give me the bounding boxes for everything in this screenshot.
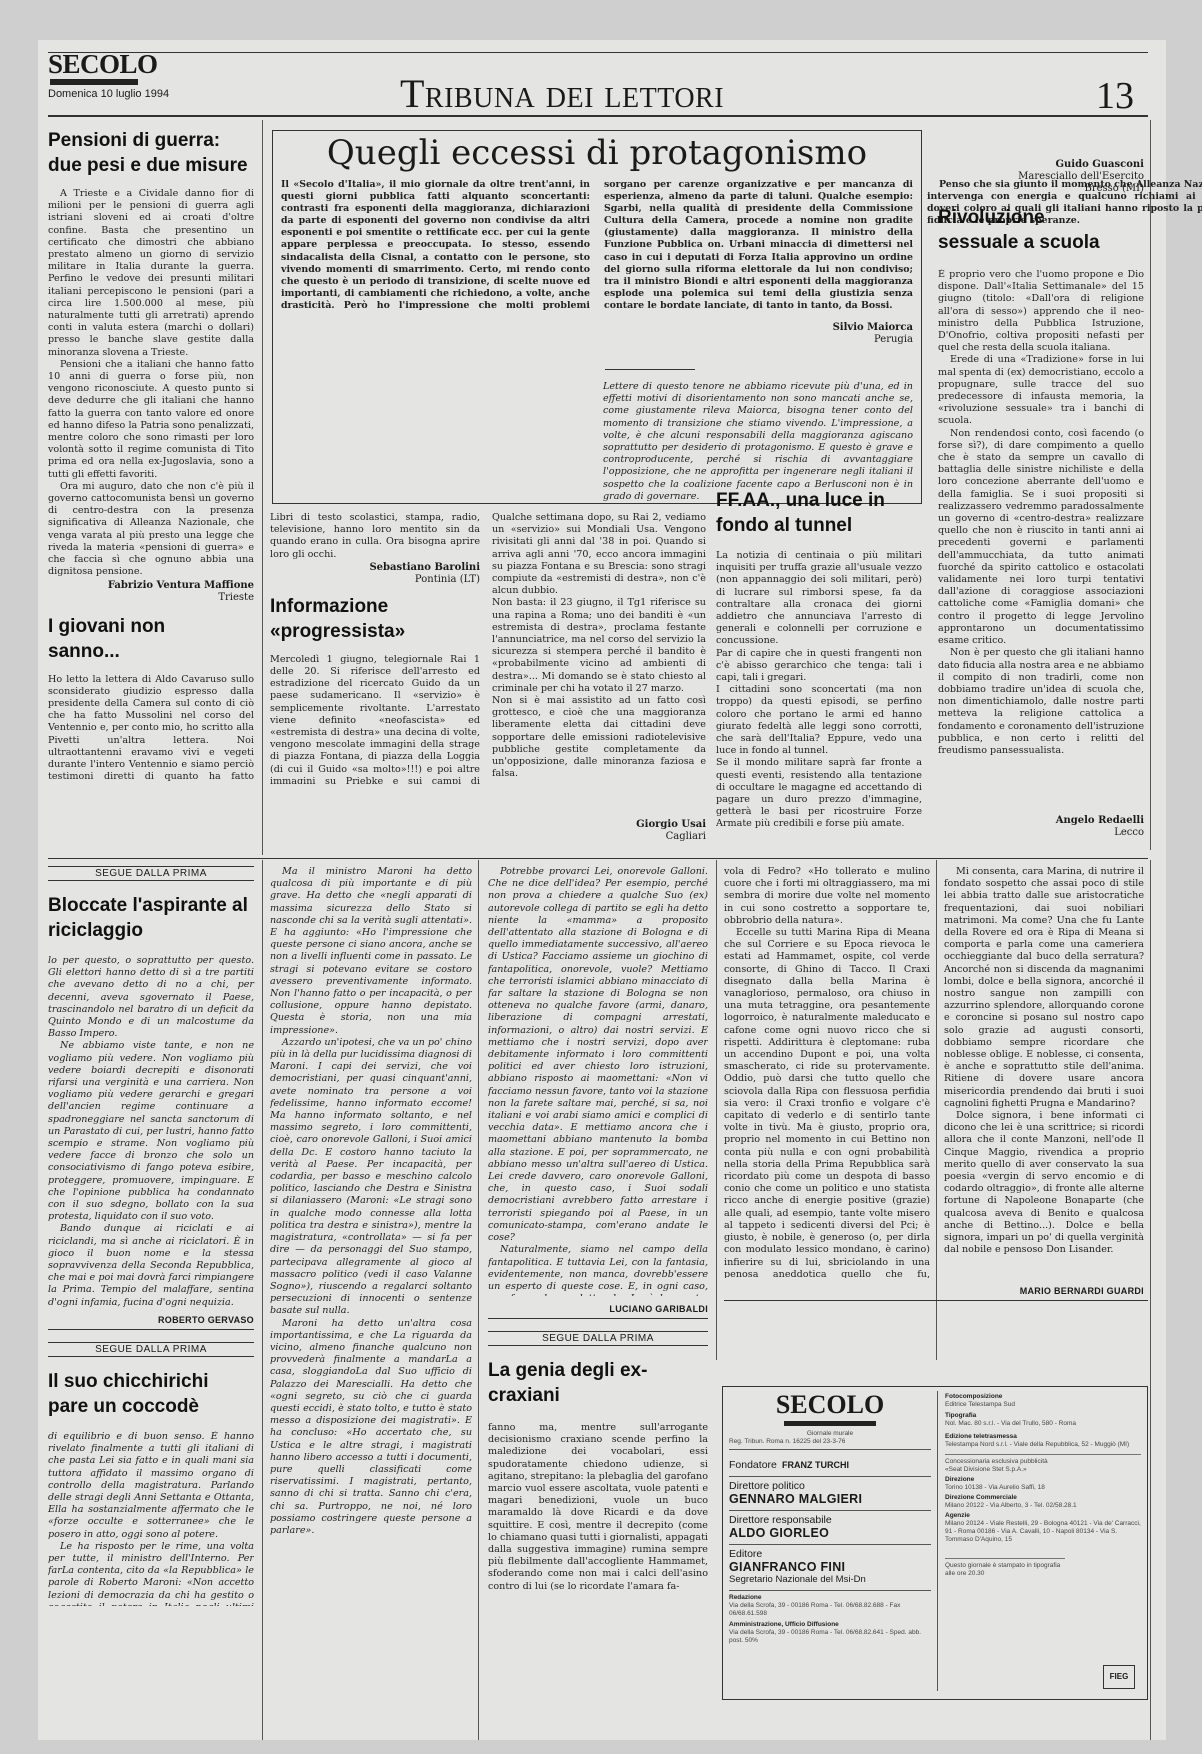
article-ffaa-signoff: Guido Guasconi Maresciallo dell'Esercito…	[938, 132, 1144, 839]
imprint-entry: AgenzieMilano 20124 - Viale Restelli, 29…	[945, 1512, 1141, 1544]
column-divider	[478, 860, 479, 1740]
article-body: Qualche settimana dopo, su Rai 2, vediam…	[492, 512, 706, 812]
column-divider	[716, 860, 717, 1360]
founder-row: Fondatore FRANZ TURCHI	[729, 1449, 931, 1472]
label: Direzione	[945, 1476, 974, 1483]
paragraph: Non basta: il 23 giugno, il Tg1 riferisc…	[492, 597, 706, 695]
author: MARIO BERNARDI GUARDI	[944, 1286, 1144, 1296]
publisher: Editore GIANFRANCO FINI Segretario Nazio…	[729, 1544, 931, 1586]
label: Tipografia	[945, 1412, 976, 1419]
logo-bar	[50, 79, 138, 85]
paragraph: Ma il ministro Maroni ha detto qualcosa …	[270, 866, 472, 1037]
label: Fotocomposizione	[945, 1393, 1002, 1400]
author: ROBERTO GERVASO	[48, 1315, 254, 1325]
column-divider	[1150, 860, 1151, 1740]
author-place: Bresso (MI)	[938, 183, 1144, 195]
kicker: SEGUE DALLA PRIMA	[48, 866, 254, 881]
column-divider	[262, 120, 263, 855]
article-ffaa: FF.AA., una luce in fondo al tunnel La n…	[716, 488, 922, 850]
label: Agenzie	[945, 1512, 970, 1519]
paragraph: Qualche settimana dopo, su Rai 2, vediam…	[492, 512, 706, 597]
paragraph: di equilibrio e di buon senso. È hanno r…	[48, 1431, 254, 1541]
print-note: Questo giornale è stampato in tipografia…	[945, 1558, 1065, 1578]
headline: I giovani non sanno...	[48, 614, 178, 664]
paragraph: Azzardo un'ipotesi, che va un po' chino …	[270, 1037, 472, 1318]
article-body: Potrebbe provarci Lei, onorevole Galloni…	[488, 866, 708, 1296]
paragraph: La notizia di centinaia o più militari i…	[716, 550, 922, 648]
article-pensioni: Pensioni di guerra: due pesi e due misur…	[48, 128, 254, 784]
responsible-director: Direttore responsabile ALDO GIORLEO	[729, 1510, 931, 1540]
article-body: fanno ma, mentre sull'arrogante decision…	[488, 1422, 708, 1627]
paragraph: Par di capire che in questi frangenti no…	[716, 648, 922, 685]
headline: Quegli eccessi di protagonismo	[273, 133, 921, 173]
paragraph: Pensioni che a italiani che hanno fatto …	[48, 359, 254, 481]
paragraph: Naturalmente, siamo nel campo della fant…	[488, 1244, 708, 1296]
separator	[605, 369, 695, 370]
imprint-entry: Concessionaria esclusiva pubblicità«Seat…	[945, 1454, 1141, 1474]
imprint-entry: FotocomposizioneEditrice Telestampa Sud	[945, 1393, 1141, 1409]
article-body: Mi consenta, cara Marina, di nutrire il …	[944, 866, 1144, 1278]
text: Telestampa Nord s.r.l. - Viale della Rep…	[945, 1441, 1129, 1448]
label: Edizione teletrasmessa	[945, 1433, 1017, 1440]
imprint-subtitle: Giornale murale	[729, 1430, 931, 1438]
author: Silvio Maiorca	[603, 321, 913, 334]
text: Via della Scrofa, 39 - 00186 Roma - Tel.…	[729, 1602, 900, 1617]
article-marina-col2: Mi consenta, cara Marina, di nutrire il …	[944, 866, 1144, 1296]
author-place: Lecco	[938, 827, 1144, 839]
text: Milano 20122 - Via Alberto, 3 - Tel. 02/…	[945, 1502, 1077, 1509]
paragraph: Dolce signora, i bene informati ci dicon…	[944, 1110, 1144, 1256]
paragraph: Eccelle su tutti Marina Ripa di Meana ch…	[724, 927, 930, 1278]
section-rule	[48, 858, 1148, 859]
imprint-right: FotocomposizioneEditrice Telestampa Sud …	[945, 1393, 1141, 1578]
page-number: 13	[1096, 76, 1134, 116]
author-place: Cagliari	[492, 831, 706, 843]
label: Direttore responsabile	[729, 1514, 931, 1526]
article-body: lo per questo, o soprattutto per questo.…	[48, 955, 254, 1309]
paragraph: Le ha risposto per le rime, una volta pe…	[48, 1541, 254, 1606]
founder-label: Fondatore	[729, 1459, 777, 1471]
paragraph: fanno ma, mentre sull'arrogante decision…	[488, 1422, 708, 1593]
paragraph: Libri di testo scolastici, stampa, radio…	[270, 512, 480, 561]
paragraph: Non rendendosi conto, così facendo (o fo…	[938, 428, 1144, 648]
masthead-logo: SECOLO	[48, 50, 158, 78]
paragraph: Maroni ha detto un'altra cosa importanti…	[270, 1318, 472, 1538]
text: Nol. Mac. 80 s.r.l. - Via del Trullo, 58…	[945, 1420, 1076, 1427]
headline: La genia degli ex-craxiani	[488, 1358, 658, 1408]
top-rule	[48, 52, 1148, 53]
author-place: Perugia	[603, 334, 913, 346]
article-marina-col1: vola di Fedro? «Ho tollerato e mulino cu…	[724, 866, 930, 1278]
section-title: Tribuna dei lettori	[400, 72, 724, 116]
column-divider	[936, 860, 937, 1360]
separator	[48, 1329, 254, 1330]
name: GENNARO MALGIERI	[729, 1492, 931, 1506]
role: Segretario Nazionale del Msi-Dn	[729, 1574, 931, 1586]
imprint-entry: Edizione teletrasmessaTelestampa Nord s.…	[945, 1433, 1141, 1449]
article-informazione-cont: Qualche settimana dopo, su Rai 2, vediam…	[492, 512, 706, 843]
column-divider	[1150, 120, 1151, 850]
article-body: Mercoledì 1 giugno, telegiornale Rai 1 d…	[270, 654, 480, 784]
label: Direttore politico	[729, 1480, 931, 1492]
name: GIANFRANCO FINI	[729, 1560, 931, 1574]
fieg-badge-icon: FIEG	[1103, 1665, 1135, 1689]
paragraph: vola di Fedro? «Ho tollerato e mulino cu…	[724, 866, 930, 927]
imprint-entry: DirezioneTorino 10138 - Via Aurelio Saff…	[945, 1476, 1141, 1492]
paragraph: Se il mondo militare saprà far fronte a …	[716, 757, 922, 830]
paragraph: È proprio vero che l'uomo propone e Dio …	[938, 269, 1144, 354]
imprint-box: SECOLO Giornale murale Reg. Tribun. Roma…	[722, 1386, 1148, 1700]
paragraph: Ora mi auguro, dato che non c'è più il g…	[48, 481, 254, 579]
paragraph: Bando dunque ai riciclati e ai ricicland…	[48, 1223, 254, 1308]
article-body: di equilibrio e di buon senso. È hanno r…	[48, 1431, 254, 1606]
paragraph: I cittadini sono sconcertati (ma non tro…	[716, 684, 922, 757]
paragraph: Non è per questo che gli italiani hanno …	[938, 647, 1144, 757]
article-body: È proprio vero che l'uomo propone e Dio …	[938, 269, 1144, 814]
article-bloccate: SEGUE DALLA PRIMA Bloccate l'aspirante a…	[48, 866, 254, 1606]
headline: FF.AA., una luce in fondo al tunnel	[716, 488, 896, 538]
article-body: vola di Fedro? «Ho tollerato e mulino cu…	[724, 866, 930, 1278]
author: Guido Guasconi	[938, 158, 1144, 171]
label: Amministrazione, Ufficio Diffusione	[729, 1621, 839, 1628]
article-body: A Trieste e a Cividale danno fior di mil…	[48, 188, 254, 579]
redazione: Redazione Via della Scrofa, 39 - 00186 R…	[729, 1590, 931, 1618]
headline: Rivoluzione sessuale a scuola	[938, 205, 1108, 255]
headline: Informazione «progressista»	[270, 594, 430, 644]
imprint-entry: TipografiaNol. Mac. 80 s.r.l. - Via del …	[945, 1412, 1141, 1428]
separator	[488, 1318, 708, 1319]
author: Giorgio Usai	[492, 818, 706, 831]
imprint-registration: Reg. Tribun. Roma n. 16225 del 23-3-76	[729, 1438, 931, 1446]
paragraph: Il «Secolo d'Italia», il mio giornale da…	[281, 179, 913, 319]
article-giovani-cont: Libri di testo scolastici, stampa, radio…	[270, 512, 480, 784]
text: Torino 10138 - Via Aurelio Saffi, 18	[945, 1484, 1045, 1491]
author: LUCIANO GARIBALDI	[488, 1304, 708, 1314]
paragraph: Mercoledì 1 giugno, telegiornale Rai 1 d…	[270, 654, 480, 784]
author: Sebastiano Barolini	[270, 561, 480, 574]
text: «Seat Divisione Stet S.p.A.»	[945, 1466, 1027, 1473]
article-chicchirichi-cont2: Potrebbe provarci Lei, onorevole Galloni…	[488, 866, 708, 1627]
headline: Bloccate l'aspirante al riciclaggio	[48, 893, 248, 943]
featured-letter-box: Quegli eccessi di protagonismo Il «Secol…	[272, 130, 922, 504]
author: Angelo Redaelli	[938, 814, 1144, 827]
paragraph: Potrebbe provarci Lei, onorevole Galloni…	[488, 866, 708, 1244]
label: Redazione	[729, 1594, 762, 1601]
text: Via della Scrofa, 39 - 00186 Roma - Tel.…	[729, 1629, 921, 1644]
kicker: SEGUE DALLA PRIMA	[48, 1342, 254, 1357]
name: ALDO GIORLEO	[729, 1526, 931, 1540]
political-director: Direttore politico GENNARO MALGIERI	[729, 1476, 931, 1506]
author: Fabrizio Ventura Maffione	[48, 579, 254, 592]
editorial-reply: Lettere di questo tenore ne abbiamo rice…	[603, 381, 913, 503]
paragraph: Non si è mai assistito ad un fatto così …	[492, 695, 706, 780]
imprint-left: SECOLO Giornale murale Reg. Tribun. Roma…	[729, 1391, 931, 1645]
author-title: Maresciallo dell'Esercito	[938, 171, 1144, 183]
label: Editore	[729, 1548, 931, 1560]
issue-date: Domenica 10 luglio 1994	[48, 88, 169, 100]
logo-bar	[784, 1421, 876, 1426]
headline: Il suo chicchirichi pare un coccodè	[48, 1369, 228, 1419]
author-place: Pontinia (LT)	[270, 574, 480, 586]
article-body: Libri di testo scolastici, stampa, radio…	[270, 512, 480, 561]
article-giovani-body: Ho letto la lettera di Aldo Cavaruso sul…	[48, 674, 254, 784]
paragraph: Mi consenta, cara Marina, di nutrire il …	[944, 866, 1144, 1110]
paragraph: Erede di una «Tradizione» forse in lui m…	[938, 354, 1144, 427]
imprint-logo: SECOLO	[729, 1391, 931, 1419]
paragraph: Ne abbiamo viste tante, e non ne vogliam…	[48, 1040, 254, 1223]
text: Milano 20124 - Viale Restelli, 29 - Bolo…	[945, 1520, 1141, 1543]
masthead-rule	[48, 115, 1148, 117]
article-body: Il «Secolo d'Italia», il mio giornale da…	[281, 179, 913, 319]
column-divider	[262, 860, 263, 1740]
imprint-entry: Direzione CommercialeMilano 20122 - Via …	[945, 1494, 1141, 1510]
label: Direzione Commerciale	[945, 1494, 1017, 1501]
paragraph: A Trieste e a Cividale danno fior di mil…	[48, 188, 254, 359]
imprint-divider	[937, 1391, 938, 1691]
article-chicchirichi-cont: Ma il ministro Maroni ha detto qualcosa …	[270, 866, 472, 1736]
amministrazione: Amministrazione, Ufficio Diffusione Via …	[729, 1621, 931, 1645]
article-body: Ma il ministro Maroni ha detto qualcosa …	[270, 866, 472, 1736]
label: Concessionaria esclusiva pubblicità	[945, 1458, 1048, 1465]
headline: Pensioni di guerra: due pesi e due misur…	[48, 128, 254, 178]
text: Editrice Telestampa Sud	[945, 1401, 1015, 1408]
founder-name: FRANZ TURCHI	[782, 1460, 849, 1470]
kicker: SEGUE DALLA PRIMA	[488, 1331, 708, 1346]
article-body: La notizia di centinaia o più militari i…	[716, 550, 922, 850]
paragraph: Ho letto la lettera di Aldo Cavaruso sul…	[48, 674, 254, 784]
author-place: Trieste	[48, 592, 254, 604]
separator	[724, 1300, 1148, 1301]
paragraph: lo per questo, o soprattutto per questo.…	[48, 955, 254, 1040]
